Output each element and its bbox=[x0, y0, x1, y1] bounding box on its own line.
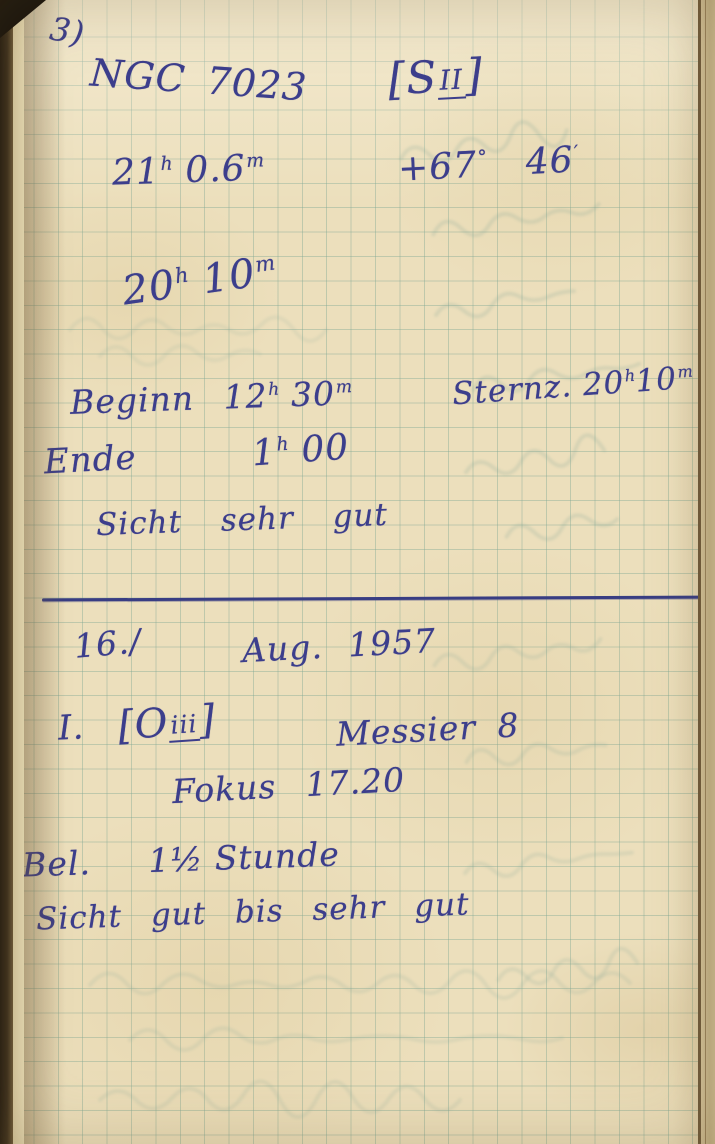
minute-sign: m bbox=[335, 377, 352, 398]
exposure-note: Bel. 1½ Stunde bbox=[21, 834, 340, 884]
end-hours: 1 bbox=[251, 432, 278, 475]
dec-degrees: +67 bbox=[397, 145, 478, 190]
focus-label: Fokus bbox=[171, 767, 277, 811]
bracket-close: ] bbox=[464, 50, 485, 102]
degree-sign: ° bbox=[477, 147, 487, 168]
element-symbol: O bbox=[133, 700, 170, 748]
emission-line-sii: [SII] bbox=[387, 50, 485, 106]
minute-sign: m bbox=[254, 250, 277, 277]
bracket-close: ] bbox=[198, 697, 218, 744]
object-name: NGC 7023 bbox=[89, 50, 309, 109]
begin-minutes: 30 bbox=[290, 374, 335, 415]
minute-sign: m bbox=[246, 150, 264, 172]
minute-sign: m bbox=[677, 361, 694, 381]
begin-hours: 12 bbox=[223, 376, 268, 417]
page-curl-edge bbox=[13, 0, 24, 1144]
sternzeit-hours: 20 bbox=[582, 364, 626, 403]
right-ascension: 21h 0.6m bbox=[111, 147, 265, 193]
sidereal-minutes: 10 bbox=[200, 250, 259, 303]
section-divider-line bbox=[42, 596, 700, 602]
sidereal-time: 20h 10m bbox=[120, 247, 280, 314]
sidereal-hours: 20 bbox=[120, 262, 179, 315]
begin-time: Beginn 12h 30m bbox=[69, 373, 353, 422]
declination: +67° 46′ bbox=[397, 139, 580, 189]
bleed-through-writing bbox=[415, 596, 715, 1054]
sternzeit: Sternz. 20h10m bbox=[451, 360, 694, 413]
emission-line-oiii: [Oiii] bbox=[117, 697, 218, 750]
ra-hours: 21 bbox=[111, 151, 160, 194]
hour-sign: h bbox=[160, 154, 173, 175]
exposure-value: 1½ Stunde bbox=[148, 834, 341, 880]
arcminute-sign: ′ bbox=[574, 142, 579, 163]
seeing-note-2: Sicht gut bis sehr gut bbox=[36, 886, 471, 937]
bleed-through-writing bbox=[60, 290, 390, 370]
sternzeit-minutes: 10 bbox=[634, 361, 678, 400]
element-symbol: S bbox=[405, 52, 439, 105]
sternzeit-label: Sternz. bbox=[451, 368, 573, 412]
end-minutes: 00 bbox=[300, 427, 351, 471]
underlying-pages-line bbox=[705, 0, 706, 1144]
date-day: 16./ bbox=[72, 621, 143, 666]
seeing-note: Sicht sehr gut bbox=[95, 497, 388, 543]
scan-vignette bbox=[0, 0, 715, 1144]
hour-sign: h bbox=[276, 434, 289, 456]
bleed-through-writing bbox=[70, 950, 690, 1135]
roman-numeral: iii bbox=[168, 708, 201, 742]
book-binding-edge bbox=[0, 0, 13, 1144]
notebook-page-scan: 3) NGC 7023 [SII] 21h 0.6m +67° 46′ 20h … bbox=[0, 0, 715, 1144]
paper-mottling bbox=[0, 0, 715, 1144]
hour-sign: h bbox=[173, 262, 190, 288]
hour-sign: h bbox=[268, 380, 280, 400]
end-time: 1h 00 bbox=[251, 427, 351, 475]
focus-setting: Fokus 17.20 bbox=[171, 760, 406, 811]
roman-numeral: II bbox=[437, 64, 466, 99]
begin-label: Beginn bbox=[69, 379, 194, 422]
dec-arcminutes: 46 bbox=[525, 140, 575, 183]
date-month-year: Aug. 1957 bbox=[241, 621, 437, 670]
ra-minutes: 0.6 bbox=[185, 148, 247, 191]
binding-shadow bbox=[24, 0, 66, 1144]
object-name-messier: Messier 8 bbox=[335, 705, 520, 754]
focus-value: 17.20 bbox=[305, 760, 406, 804]
underlying-pages-edge bbox=[701, 0, 715, 1144]
